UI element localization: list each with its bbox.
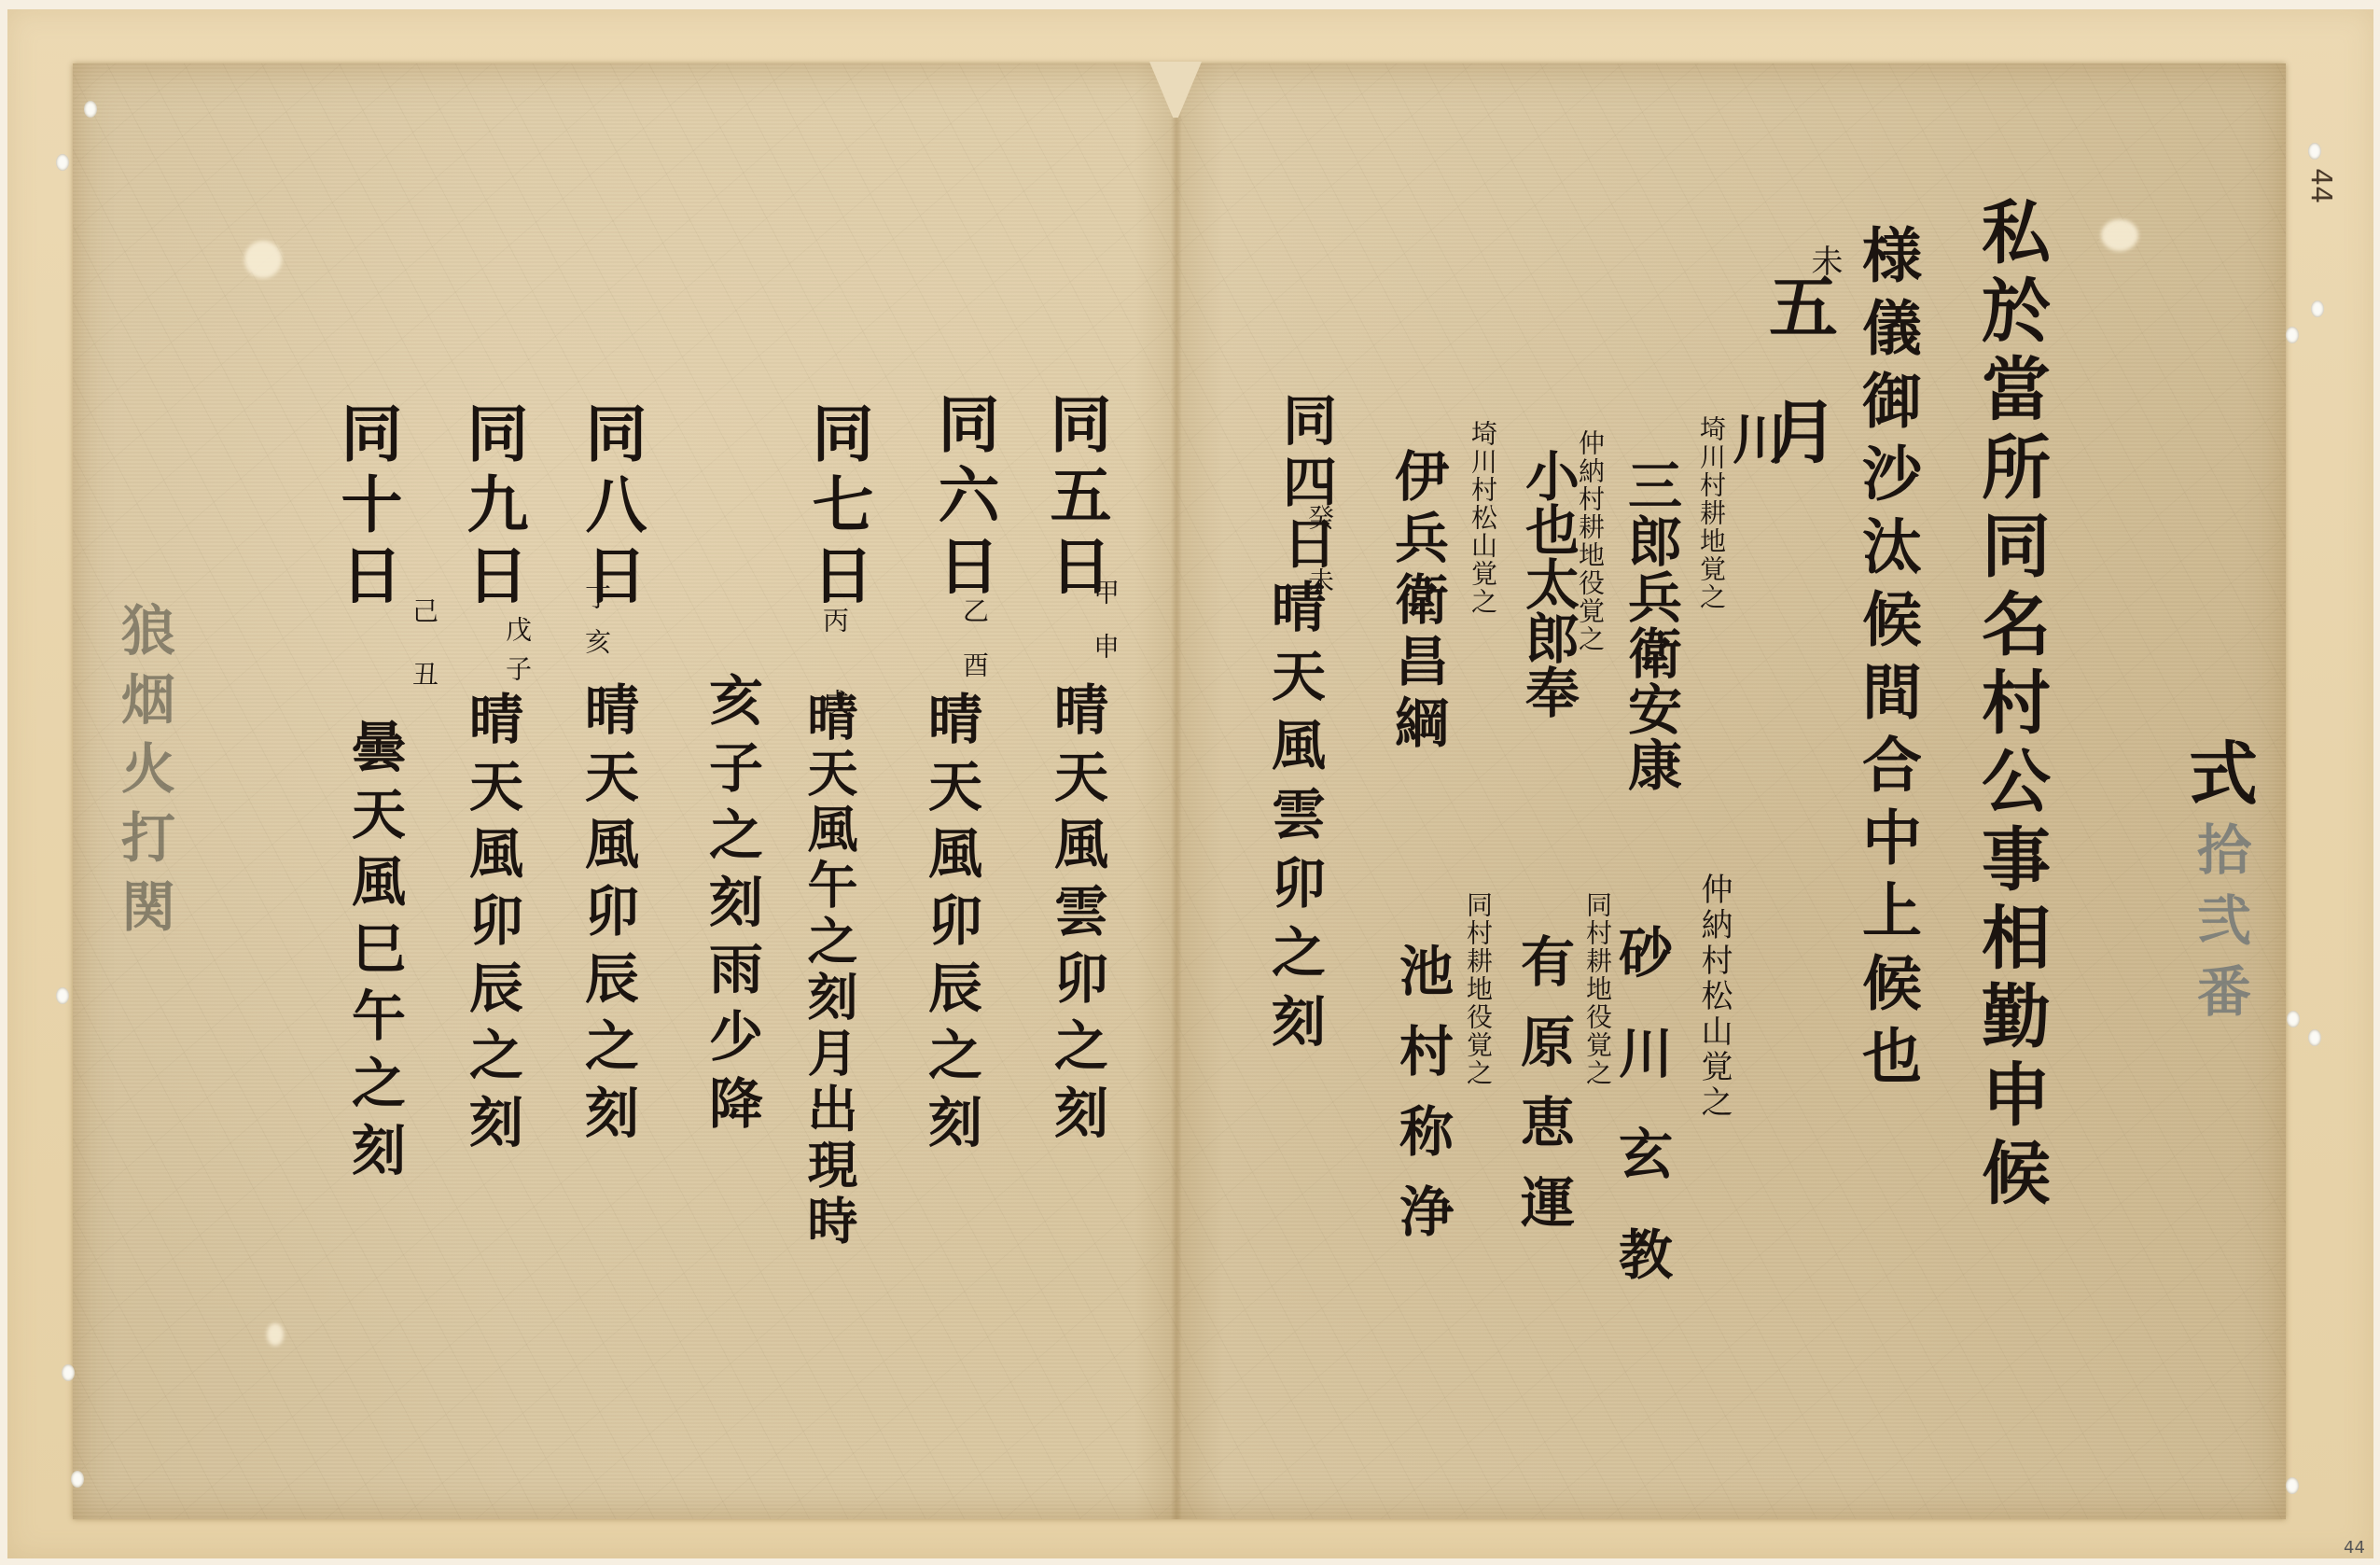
entry-l1-text: 晴天風雲卯之刻: [1050, 681, 1104, 1152]
entry-lr2-name: 有原恵運: [1516, 933, 1570, 1254]
entry-r5-text: 晴天風雲卯之刻: [1267, 579, 1321, 1062]
entry-r3-name: 小也太郎奉: [1521, 448, 1575, 719]
entry-l2-kanshi: 乙酉: [961, 597, 987, 706]
entry-l7-text: 曇天風巳午之刻: [347, 719, 401, 1189]
binding-hole-icon: [56, 154, 69, 171]
heading-line-2: 様儀御沙汰候間合中上候也: [1857, 224, 1916, 1097]
entry-l6-text: 晴天風卯辰之刻: [465, 691, 519, 1161]
paper-blemish: [244, 241, 282, 278]
entry-lr3-name: 池村称浄: [1395, 943, 1449, 1264]
entry-l7-kanshi: 己丑: [411, 597, 437, 724]
binding-hole-icon: [62, 1364, 75, 1381]
entry-l5-text: 晴天風卯辰之刻: [580, 681, 634, 1152]
entry-l3-date: 同七日: [807, 401, 869, 614]
entry-lr1-note: 仲納村松山覚之: [1698, 873, 1730, 1121]
entry-l2-date: 同六日: [933, 392, 995, 605]
binding-hole-icon: [2311, 300, 2324, 317]
entry-lr3-note: 同村耕地役覚之: [1465, 891, 1491, 1087]
binding-hole-icon: [2287, 1011, 2300, 1027]
entry-l4-text: 亥子之刻雨少降: [704, 672, 759, 1142]
entry-l3-text: 晴天風午之刻月出現時: [804, 691, 855, 1251]
center-fold: [1171, 63, 1182, 1519]
paper-blemish: [267, 1323, 284, 1346]
margin-note-left: 狼烟火打関: [117, 602, 171, 947]
binding-hole-icon: [2286, 327, 2299, 343]
margin-mark-right: 式: [2183, 737, 2252, 816]
entry-r4-name: 伊兵衛昌綱: [1390, 448, 1444, 756]
binding-hole-icon: [2286, 1477, 2299, 1494]
binding-hole-icon: [84, 101, 97, 118]
paper-blemish: [2101, 219, 2138, 251]
entry-l1-kanshi: 甲申: [1092, 579, 1118, 687]
entry-lr1-name: 砂川玄教: [1614, 924, 1668, 1327]
entry-r3-note: 仲納村耕地役覚之: [1577, 429, 1603, 653]
entry-l2-text: 晴天風卯辰之刻: [924, 691, 978, 1161]
binding-hole-icon: [2308, 1029, 2321, 1046]
binding-hole-icon: [56, 987, 69, 1004]
entry-lr2-note: 同村耕地役覚之: [1584, 891, 1610, 1087]
entry-l5-kanshi: 丁亥: [583, 583, 609, 673]
heading-month: 五月: [1763, 271, 1832, 521]
entry-l1-date: 同五日: [1045, 392, 1106, 605]
margin-note-right: 拾弐番: [2192, 821, 2247, 1034]
heading-line-1: 私於當所同名村公事相勤申候: [1976, 196, 2045, 1215]
binding-hole-icon: [2308, 143, 2321, 160]
entry-r4-note: 埼川村松山覚之: [1469, 420, 1496, 616]
archive-number: 44: [2304, 168, 2337, 203]
entry-r2-name: 三郎兵衛安康: [1623, 457, 1677, 793]
corner-mark: 44: [2344, 1538, 2365, 1558]
entry-r2-note: 埼川村耕地覚之: [1698, 415, 1724, 611]
entry-l5-date: 同八日: [580, 401, 642, 614]
entry-l6-date: 同九日: [462, 401, 523, 614]
entry-l7-date: 同十日: [336, 401, 397, 614]
entry-l6-kanshi: 戊子: [504, 616, 530, 694]
binding-hole-icon: [71, 1471, 84, 1488]
entry-r1: 川: [1728, 411, 1782, 472]
